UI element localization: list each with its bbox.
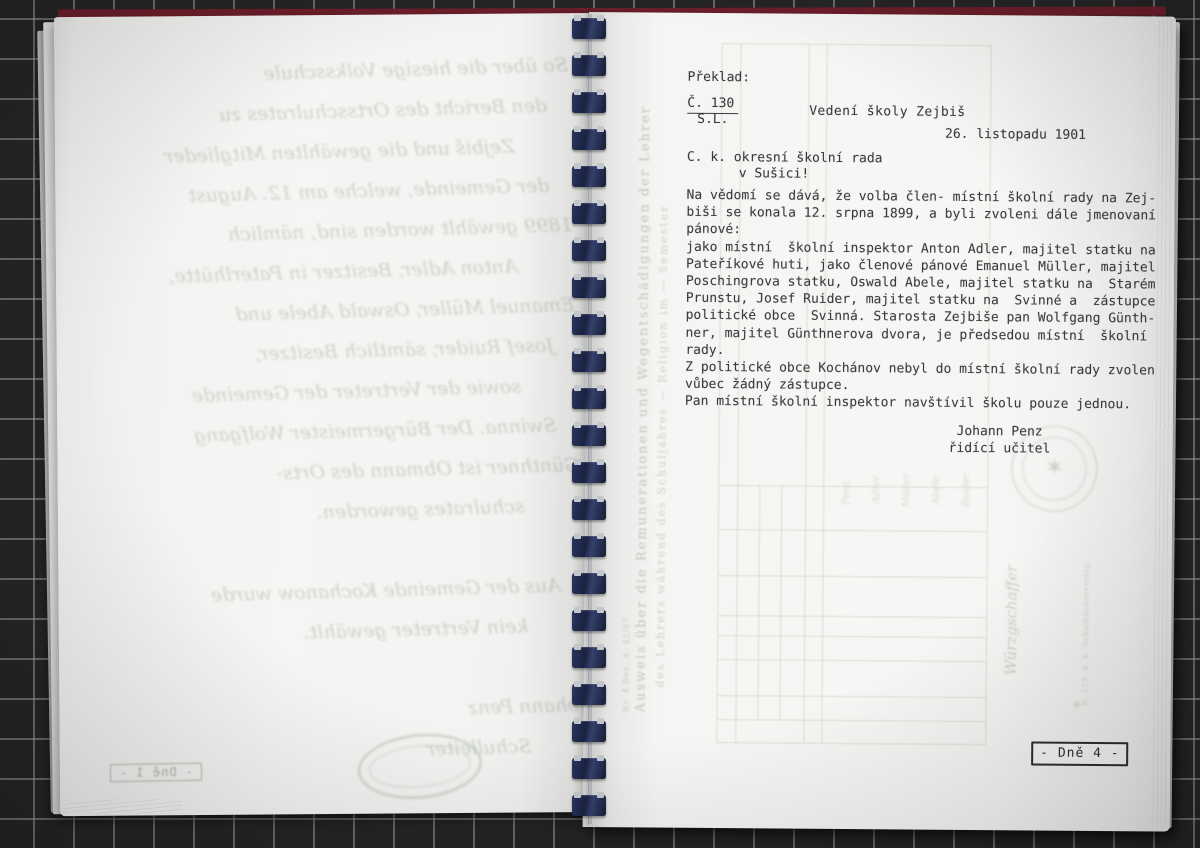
document-body-text: Na vědomí se dává, že volba člen- místní… bbox=[685, 187, 1156, 414]
handwritten-entry-showthrough: Müller bbox=[901, 447, 912, 507]
corner-mark-showthrough: ✳ bbox=[1072, 698, 1082, 712]
comb-tooth bbox=[572, 758, 606, 779]
document-title: Vedení školy Zejbiš bbox=[809, 103, 965, 121]
comb-tooth bbox=[572, 55, 606, 76]
handwritten-entry-showthrough: Penz bbox=[841, 445, 852, 505]
page-number-stamp: - Dně 4 - bbox=[1031, 741, 1129, 766]
comb-tooth bbox=[572, 240, 606, 261]
ghost-handwriting-line: Günthner ist Obmann des Orts- bbox=[74, 445, 580, 500]
ghost-handwriting-line: sowie der Vertreter der Gemeinde bbox=[72, 365, 578, 420]
ghost-handwriting-line: der Gemeinde, welche am 12. August bbox=[66, 165, 572, 220]
comb-tooth bbox=[572, 499, 606, 520]
comb-tooth bbox=[572, 795, 606, 816]
document-date: 26. listopadu 1901 bbox=[945, 126, 1086, 144]
comb-tooth bbox=[572, 721, 606, 742]
comb-tooth bbox=[572, 647, 606, 668]
ghost-handwriting-line: Emanuel Müller, Oswald Abele und bbox=[69, 285, 575, 340]
reference-sub: S.L. bbox=[697, 111, 728, 128]
comb-tooth bbox=[572, 684, 606, 705]
typed-translation-document: Překlad: Č. 130 S.L. Vedení školy Zejbiš… bbox=[688, 69, 1170, 73]
ghost-handwriting-line: kein Vertreter gewählt. bbox=[79, 605, 585, 660]
ghost-handwriting-line: Aus der Gemeinde Kochanow wurde bbox=[77, 565, 583, 620]
comb-tooth bbox=[572, 129, 606, 150]
german-form-title-showthrough: Ausweis über die Remunerationen und Wege… bbox=[634, 202, 653, 712]
mirrored-handwriting-showthrough: So über die hiesige Volksschuleden Beric… bbox=[62, 45, 589, 819]
comb-tooth bbox=[572, 314, 606, 335]
handwritten-entry-showthrough: Abele bbox=[931, 445, 942, 505]
ghost-handwriting-line: Zejbiš und die gewählten Mitglieder bbox=[65, 125, 571, 180]
ghost-handwriting-line: Anton Adler, Besitzer in Paterlhütte, bbox=[68, 245, 574, 300]
comb-tooth bbox=[572, 351, 606, 372]
label-preklad: Překlad: bbox=[687, 69, 750, 87]
handwritten-entry-showthrough: Adler bbox=[871, 443, 882, 503]
ghost-handwriting-line: Swinna. Der Bürgermeister Wolfgang bbox=[73, 405, 579, 460]
photographed-bound-document: { "style": { "mat_color": "#252525", "co… bbox=[0, 0, 1200, 848]
ghost-handwriting-line: den Bericht des Ortsschulrates zu bbox=[64, 85, 570, 140]
oval-stamp-showthrough bbox=[355, 729, 485, 804]
ghost-handwriting-line: So über die hiesige Volksschule bbox=[62, 45, 568, 100]
comb-tooth bbox=[572, 425, 606, 446]
page-number-stamp-showthrough: - Dně 1 - bbox=[110, 763, 202, 783]
ghost-handwriting-line: 1899 gewählt worden sind, nämlich bbox=[67, 205, 573, 260]
addressee-line-2: v Sušici! bbox=[739, 165, 810, 183]
german-form-subtitle-showthrough: des Lehrers während des Schuljahres — Re… bbox=[654, 218, 671, 688]
comb-tooth bbox=[572, 573, 606, 594]
comb-tooth bbox=[572, 277, 606, 298]
german-form-footnote-showthrough: Nr. 4 Bez. A. 42/97. bbox=[622, 562, 632, 712]
comb-tooth bbox=[572, 18, 606, 39]
comb-tooth bbox=[572, 388, 606, 409]
ghost-handwriting-line: Josef Ruider, sämtlich Besitzer, bbox=[71, 325, 577, 380]
ghost-handwriting-line bbox=[76, 525, 582, 580]
print-imprint-showthrough: N. 279. k. k. Schulbücherverlag. bbox=[1082, 566, 1091, 706]
ghost-handwriting-line bbox=[80, 645, 586, 700]
right-page: Ausweis über die Remunerationen und Wege… bbox=[583, 12, 1176, 832]
comb-tooth bbox=[572, 92, 606, 113]
signature-block: Johann Penz řidící učitel bbox=[949, 423, 1051, 458]
comb-tooth bbox=[572, 536, 606, 557]
signature-showthrough: Würzgschaffer bbox=[1002, 515, 1021, 675]
left-page: So über die hiesige Volksschuleden Beric… bbox=[54, 13, 595, 816]
comb-tooth bbox=[572, 166, 606, 187]
ghost-handwriting-line: Schulleiter bbox=[82, 725, 588, 780]
comb-tooth bbox=[572, 203, 606, 224]
comb-tooth bbox=[572, 462, 606, 483]
ghost-handwriting-line: schulrates geworden. bbox=[75, 485, 581, 540]
comb-tooth bbox=[572, 610, 606, 631]
ghost-handwriting-line: Johann Penz bbox=[81, 685, 587, 740]
